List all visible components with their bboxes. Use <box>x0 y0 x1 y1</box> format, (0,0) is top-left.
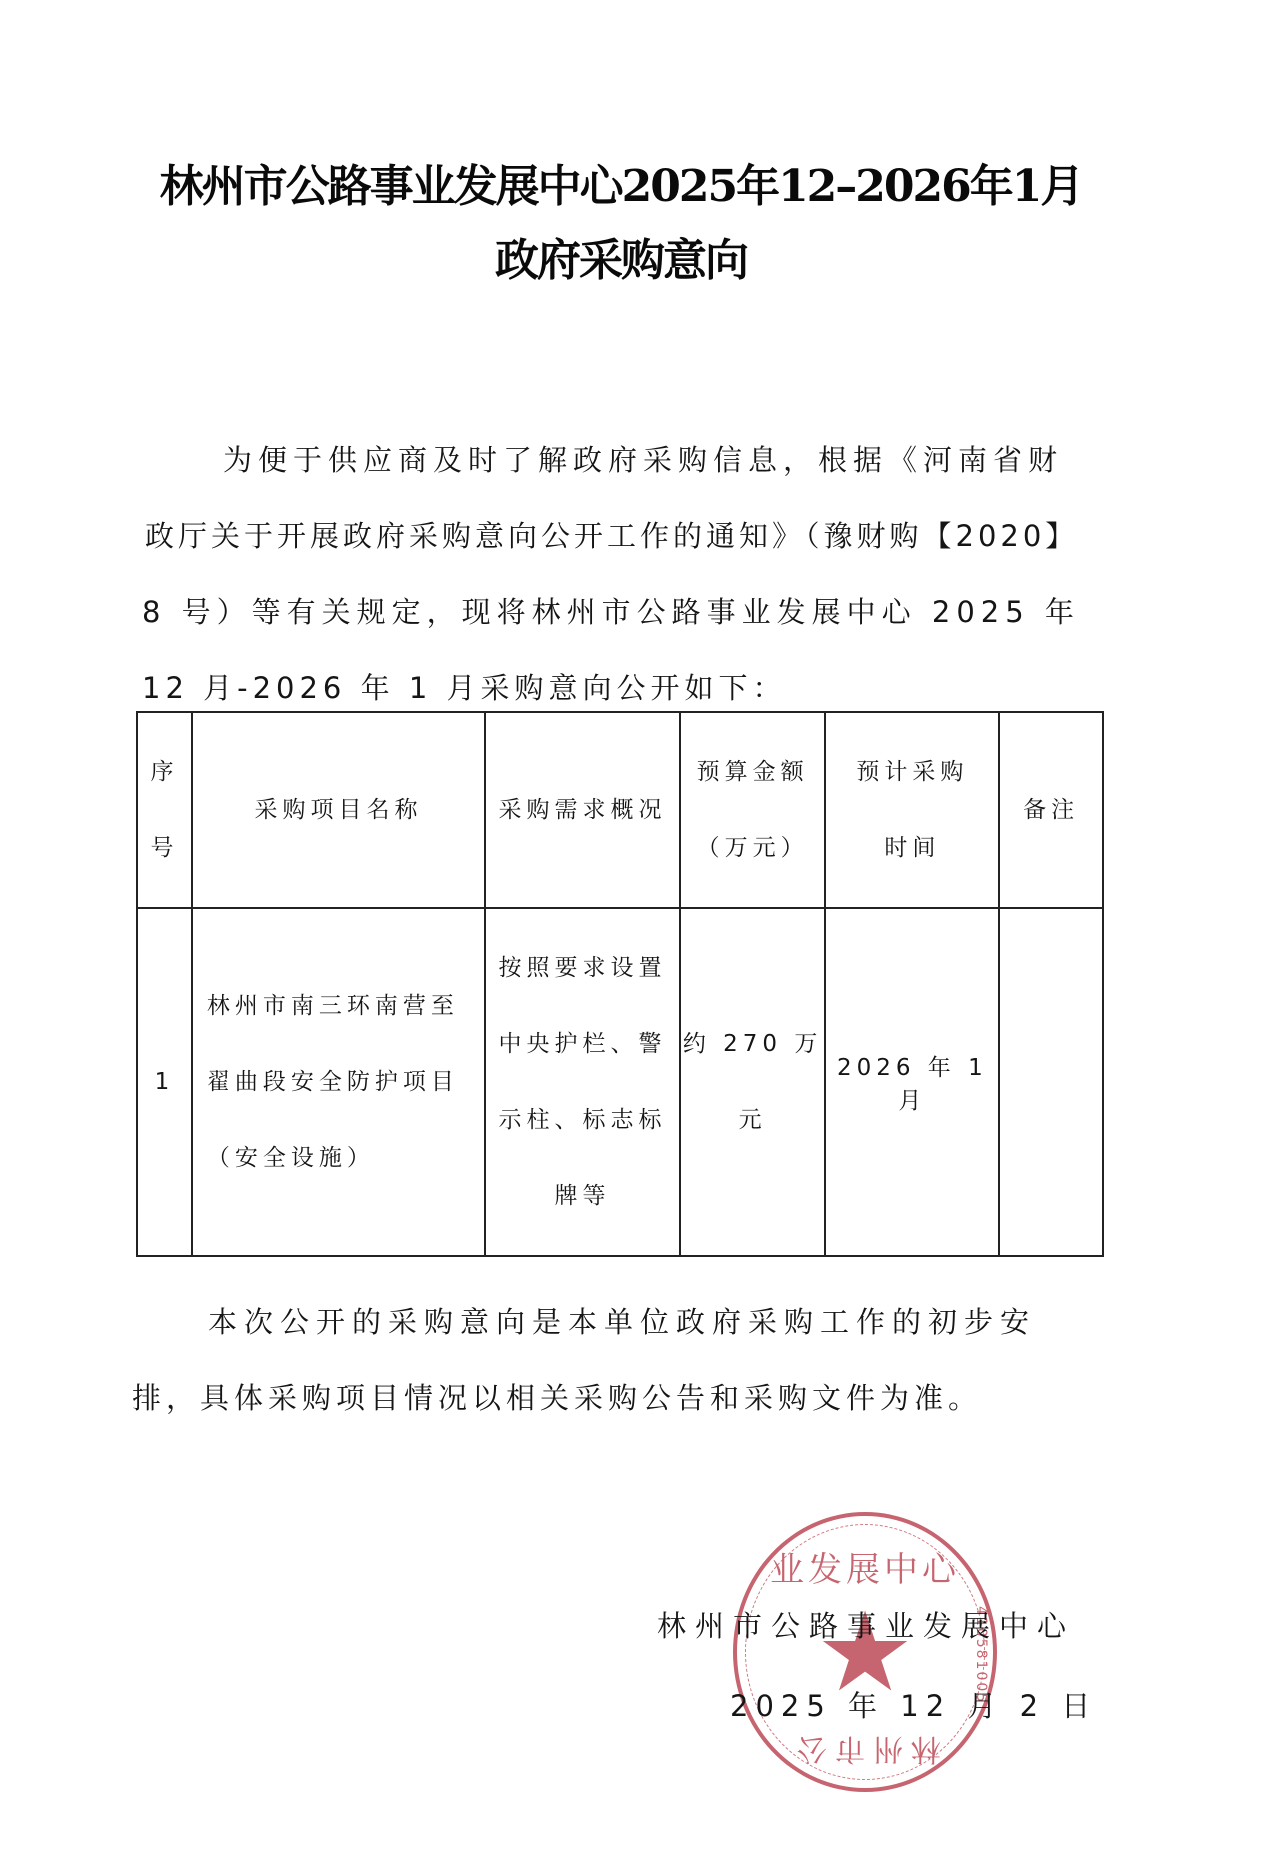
intro-line: 8 号）等有关规定，现将林州市公路事业发展中心 2025 年 <box>142 592 1080 632</box>
cell-index: 1 <box>137 908 192 1256</box>
cell-text: 翟曲段安全防护项目 <box>207 1044 459 1120</box>
intro-line: 政厅关于开展政府采购意向公开工作的通知》（豫财购【2020】 <box>145 516 1078 556</box>
cell-requirement: 按照要求设置 中央护栏、警 示柱、标志标 牌等 <box>485 908 680 1256</box>
cell-text: 元 <box>683 1082 823 1158</box>
cell-remark <box>999 908 1103 1256</box>
header-remark: 备注 <box>999 712 1103 908</box>
procurement-table: 序号 采购项目名称 采购需求概况 预算金额（万元） 预计采购时间 备注 1 林州… <box>136 711 1104 1257</box>
cell-text: 中央护栏、警 <box>498 1006 666 1082</box>
table-header-row: 序号 采购项目名称 采购需求概况 预算金额（万元） 预计采购时间 备注 <box>137 712 1103 908</box>
cell-text: 林州市南三环南营至 <box>207 968 459 1044</box>
cell-text: 约 270 万 <box>683 1006 823 1082</box>
cell-text: 牌等 <box>498 1158 666 1234</box>
closing-line: 本次公开的采购意向是本单位政府采购工作的初步安 <box>208 1302 1036 1342</box>
seal-top-text: 业发展中心 <box>737 1542 993 1591</box>
header-requirement: 采购需求概况 <box>485 712 680 908</box>
cell-planned-time: 2026 年 1 月 <box>825 908 999 1256</box>
intro-line: 12 月-2026 年 1 月采购意向公开如下： <box>142 668 787 708</box>
header-text: （万元） <box>697 810 809 886</box>
document-title-line-1: 林州市公路事业发展中心2025年12–2026年1月 <box>0 150 1242 214</box>
header-index: 序号 <box>137 712 192 908</box>
table-row: 1 林州市南三环南营至 翟曲段安全防护项目 （安全设施） 按照要求设置 中央护栏… <box>137 908 1103 1256</box>
cell-text: 按照要求设置 <box>498 930 666 1006</box>
header-text: 采购需求概况 <box>498 772 666 848</box>
header-project-name: 采购项目名称 <box>192 712 485 908</box>
header-text: 预算金额 <box>697 734 809 810</box>
document-title-line-2: 政府采购意向 <box>0 224 1242 288</box>
closing-line: 排，具体采购项目情况以相关采购公告和采购文件为准。 <box>132 1378 982 1418</box>
header-text: 号 <box>150 810 178 886</box>
header-text: 备注 <box>1023 772 1079 848</box>
signature-organization: 林州市公路事业发展中心 <box>657 1604 1075 1645</box>
cell-budget: 约 270 万 元 <box>680 908 826 1256</box>
seal-bottom-text: 林州市公 <box>737 1730 993 1774</box>
cell-text: 示柱、标志标 <box>498 1082 666 1158</box>
cell-project-name: 林州市南三环南营至 翟曲段安全防护项目 （安全设施） <box>192 908 485 1256</box>
header-text: 序 <box>150 734 178 810</box>
cell-text: （安全设施） <box>207 1120 459 1196</box>
header-text: 预计采购 <box>856 734 968 810</box>
intro-line: 为便于供应商及时了解政府采购信息，根据《河南省财 <box>223 440 1063 480</box>
header-planned-time: 预计采购时间 <box>825 712 999 908</box>
header-budget: 预算金额（万元） <box>680 712 826 908</box>
header-text: 采购项目名称 <box>255 772 423 848</box>
signature-date: 2025 年 12 月 2 日 <box>730 1684 1097 1725</box>
header-text: 时间 <box>856 810 968 886</box>
official-seal-stamp: 业发展中心 ★ 410581005 林州市公 <box>733 1512 997 1792</box>
